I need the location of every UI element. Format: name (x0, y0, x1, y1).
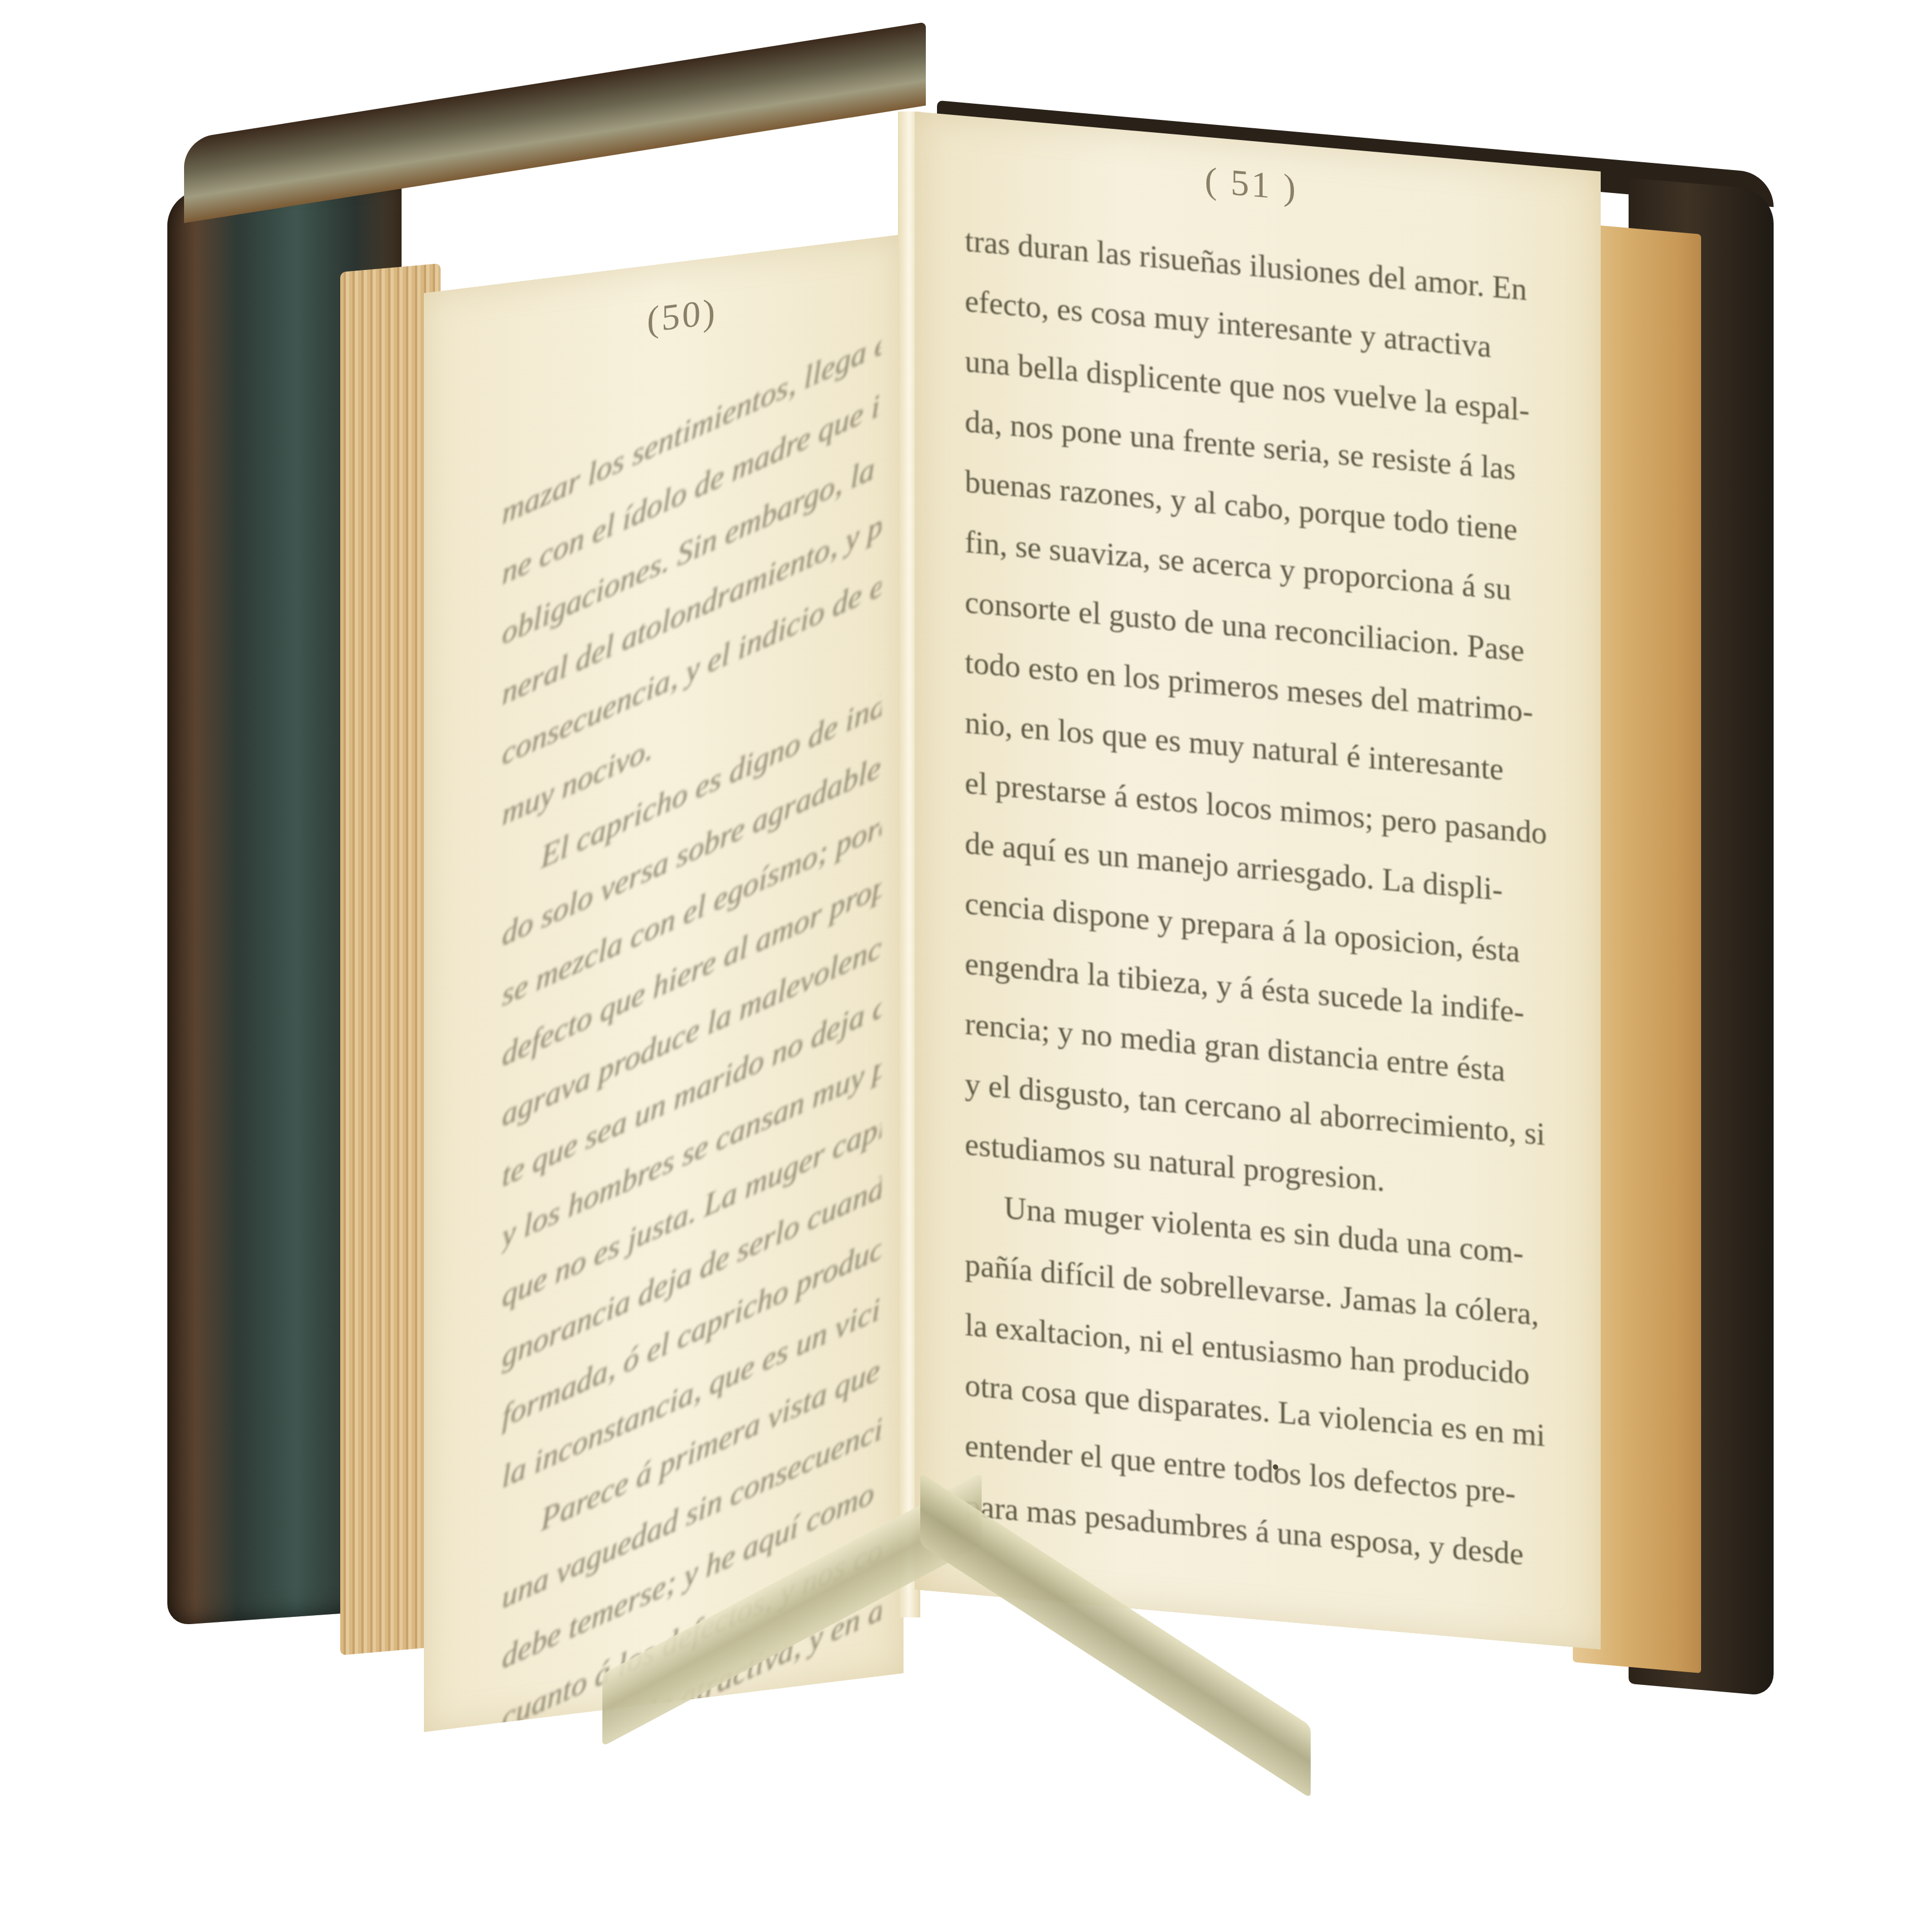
right-page-text: tras duran las risueñas ilusiones del am… (965, 211, 1556, 1588)
signature-mark: • (1272, 1453, 1279, 1480)
left-cover-top-edge (184, 22, 926, 223)
book-photo-scene: (50) mazar los sentimientos, llega en fi… (0, 0, 1932, 1932)
right-page: ( 51 ) tras duran las risueñas ilusiones… (915, 112, 1601, 1650)
right-page-number: ( 51 ) (1205, 159, 1298, 210)
left-page: (50) mazar los sentimientos, llega en fi… (424, 234, 904, 1732)
left-page-text: mazar los sentimientos, llega en fin á c… (502, 315, 881, 1732)
left-page-number: (50) (647, 291, 717, 341)
